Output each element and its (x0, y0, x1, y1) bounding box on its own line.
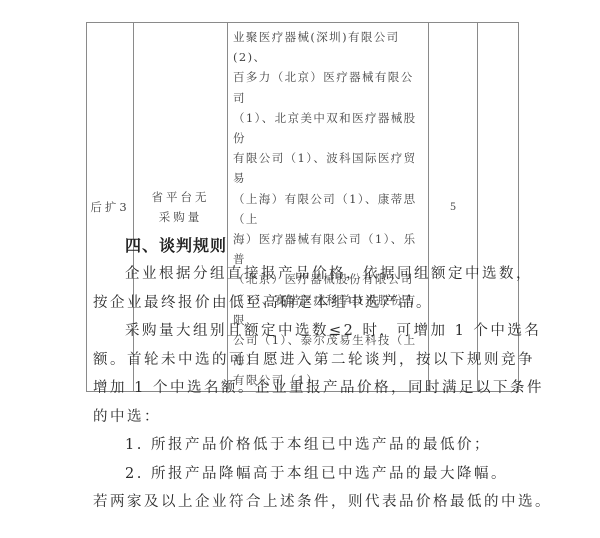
paragraph-3: 若两家及以上企业符合上述条件，则代表品价格最低的中选。 (93, 488, 563, 517)
company-line: （上海）有限公司（1）、康蒂思（上 (233, 189, 424, 229)
company-line: 百多力（北京）医疗器械有限公司 (233, 67, 424, 107)
company-line: 业聚医疗器械(深圳)有限公司(2)、 (233, 27, 424, 67)
section-heading: 四、谈判规则 (125, 233, 227, 256)
rule-item-2: 2. 所报产品降幅高于本组已中选产品的最大降幅。 (93, 460, 563, 489)
rule-item-1: 1. 所报产品价格低于本组已中选产品的最低价； (93, 431, 563, 460)
company-line: 有限公司（1）、波科国际医疗贸易 (233, 148, 424, 188)
paragraph-1: 企业根据分组直接报产品价格，依据同组额定中选数， 按企业最终报价由低至高确定本组… (93, 260, 563, 317)
paragraph-2: 采购量大组别且额定中选数≤2 时，可增加 1 个中选名 额。首轮未中选的可自愿进… (93, 317, 563, 431)
rule-list: 1. 所报产品价格低于本组已中选产品的最低价； 2. 所报产品降幅高于本组已中选… (93, 431, 563, 517)
company-line: （1）、北京美中双和医疗器械股份 (233, 108, 424, 148)
